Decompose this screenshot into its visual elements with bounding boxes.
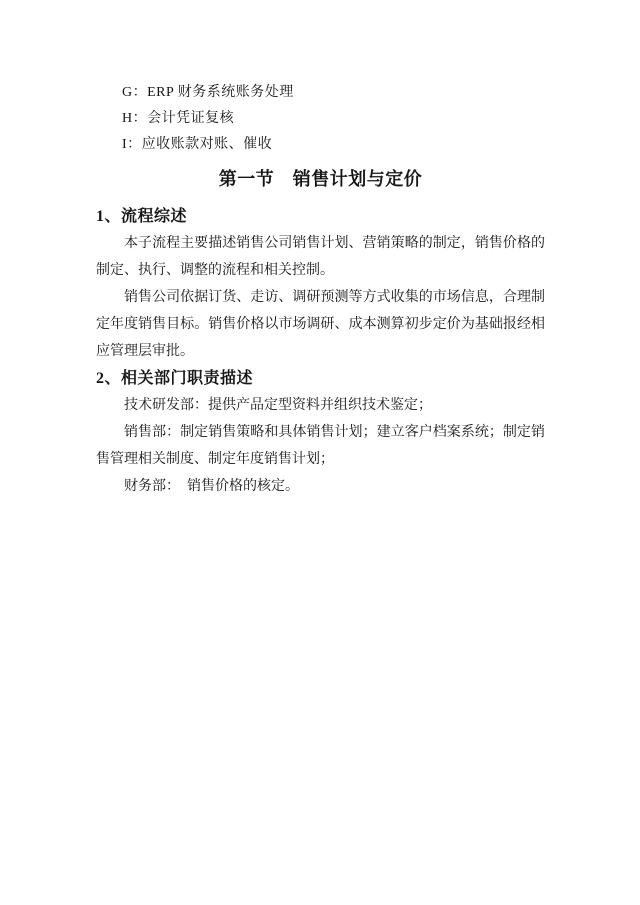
section-heading-1: 1、流程综述 <box>96 203 545 230</box>
document-page: G：ERP 财务系统账务处理 H：会计凭证复核 I：应收账款对账、催收 第一节 … <box>0 0 640 905</box>
list-item-i: I：应收账款对账、催收 <box>96 132 545 158</box>
paragraph-tech-rd: 技术研发部：提供产品定型资料并组织技术鉴定； <box>96 392 545 419</box>
list-item-h: H：会计凭证复核 <box>96 106 545 132</box>
list-item-g: G：ERP 财务系统账务处理 <box>96 80 545 106</box>
intro-list: G：ERP 财务系统账务处理 H：会计凭证复核 I：应收账款对账、催收 <box>96 80 545 158</box>
paragraph-finance-dept: 财务部： 销售价格的核定。 <box>96 473 545 500</box>
page-title: 第一节 销售计划与定价 <box>96 164 545 194</box>
section-process-overview: 1、流程综述 本子流程主要描述销售公司销售计划、营销策略的制定，销售价格的制定、… <box>96 203 545 365</box>
paragraph: 本子流程主要描述销售公司销售计划、营销策略的制定，销售价格的制定、执行、调整的流… <box>96 230 545 284</box>
section-department-duties: 2、相关部门职责描述 技术研发部：提供产品定型资料并组织技术鉴定； 销售部：制定… <box>96 365 545 500</box>
paragraph: 销售公司依据订货、走访、调研预测等方式收集的市场信息，合理制定年度销售目标。销售… <box>96 284 545 365</box>
paragraph-sales-dept: 销售部：制定销售策略和具体销售计划；建立客户档案系统；制定销售管理相关制度、制定… <box>96 419 545 473</box>
section-heading-2: 2、相关部门职责描述 <box>96 365 545 392</box>
